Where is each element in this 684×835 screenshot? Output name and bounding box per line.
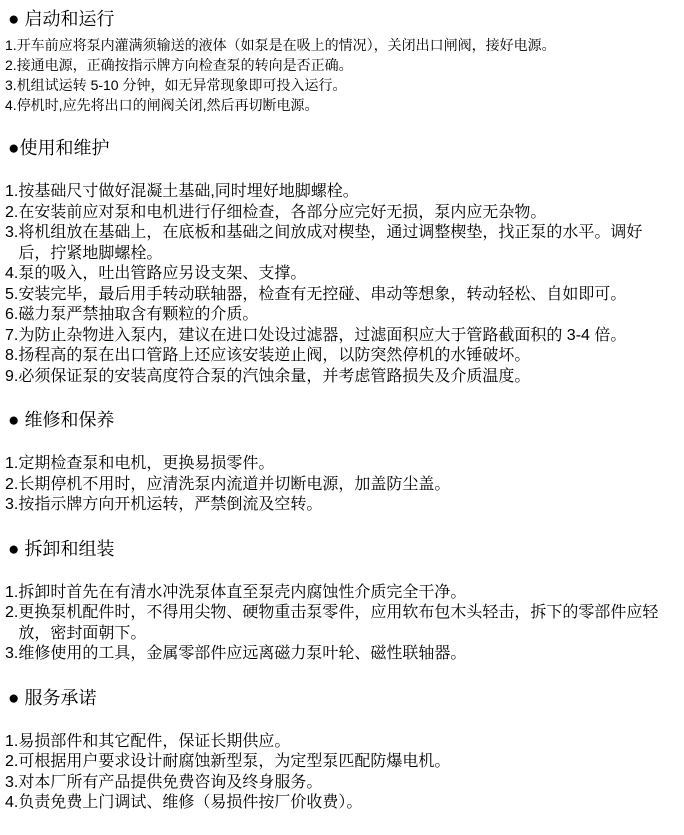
item-number: 1. — [5, 583, 18, 604]
list-item: 2. 更换泵机配件时，不得用尖物、硬物重击泵零件，应用软布包木头轻击，拆下的零部… — [5, 603, 660, 644]
section-bullet-icon: ● — [8, 688, 19, 709]
section-title: 启动和运行 — [19, 9, 114, 29]
item-text: 拆卸时首先在有清水冲洗泵体直至泵壳内腐蚀性介质完全干净。 — [18, 583, 660, 604]
section-heading: ● 启动和运行 — [8, 8, 660, 31]
item-text: 易损部件和其它配件，保证长期供应。 — [18, 732, 660, 753]
item-number: 2. — [5, 55, 17, 75]
item-list: 1. 拆卸时首先在有清水冲洗泵体直至泵壳内腐蚀性介质完全干净。 2. 更换泵机配… — [5, 583, 660, 665]
item-text: 负责免费上门调试、维修（易损件按厂价收费）。 — [18, 793, 660, 814]
section-bullet-icon: ● — [8, 138, 19, 159]
section: ●使用和维护 1. 按基础尺寸做好混凝土基础,同时埋好地脚螺栓。 2. 在安装前… — [5, 137, 660, 387]
item-text: 更换泵机配件时，不得用尖物、硬物重击泵零件，应用软布包木头轻击，拆下的零部件应轻… — [18, 603, 660, 644]
item-text: 安装完毕，最后用手转动联轴器，检查有无控碰、串动等想象，转动轻松、自如即可。 — [18, 285, 660, 306]
list-item: 7. 为防止杂物进入泵内，建议在进口处设过滤器，过滤面积应大于管路截面积的 3-… — [5, 326, 660, 347]
list-item: 2. 在安装前应对泵和电机进行仔细检查，各部分应完好无损，泵内应无杂物。 — [5, 203, 660, 224]
item-text: 将机组放在基础上，在底板和基础之间放成对楔垫，通过调整楔垫，找正泵的水平。调好后… — [18, 223, 660, 264]
section-bullet-icon: ● — [8, 410, 19, 431]
item-number: 2. — [5, 752, 18, 773]
list-item: 2. 长期停机不用时，应清洗泵内流道并切断电源，加盖防尘盖。 — [5, 475, 660, 496]
list-item: 2. 接通电源，正确按指示牌方向检查泵的转向是否正确。 — [5, 55, 660, 75]
item-text: 按基础尺寸做好混凝土基础,同时埋好地脚螺栓。 — [18, 182, 660, 203]
section-title: 维修和保养 — [19, 410, 114, 430]
item-text: 为防止杂物进入泵内，建议在进口处设过滤器，过滤面积应大于管路截面积的 3-4 倍… — [18, 326, 660, 347]
section-title: 服务承诺 — [19, 688, 96, 708]
item-number: 5. — [5, 285, 18, 306]
section-heading: ● 服务承诺 — [8, 687, 660, 710]
list-item: 3. 将机组放在基础上，在底板和基础之间放成对楔垫，通过调整楔垫，找正泵的水平。… — [5, 223, 660, 264]
list-item: 8. 扬程高的泵在出口管路上还应该安装逆止阀，以防突然停机的水锤破坏。 — [5, 346, 660, 367]
item-text: 维修使用的工具，金属零部件应远离磁力泵叶轮、磁性联轴器。 — [18, 644, 660, 665]
item-number: 2. — [5, 603, 18, 644]
section-heading: ● 维修和保养 — [8, 409, 660, 432]
item-number: 3. — [5, 644, 18, 665]
list-item: 3. 对本厂所有产品提供免费咨询及终身服务。 — [5, 773, 660, 794]
list-item: 3. 维修使用的工具，金属零部件应远离磁力泵叶轮、磁性联轴器。 — [5, 644, 660, 665]
list-item: 2. 可根据用户要求设计耐腐蚀新型泵，为定型泵匹配防爆电机。 — [5, 752, 660, 773]
item-text: 定期检查泵和电机，更换易损零件。 — [18, 454, 660, 475]
item-text: 在安装前应对泵和电机进行仔细检查，各部分应完好无损，泵内应无杂物。 — [18, 203, 660, 224]
item-number: 8. — [5, 346, 18, 367]
item-text: 接通电源，正确按指示牌方向检查泵的转向是否正确。 — [17, 55, 660, 75]
item-text: 泵的吸入，吐出管路应另设支架、支撑。 — [18, 264, 660, 285]
item-number: 1. — [5, 35, 17, 55]
item-number: 2. — [5, 475, 18, 496]
item-number: 1. — [5, 732, 18, 753]
item-list: 1. 易损部件和其它配件，保证长期供应。 2. 可根据用户要求设计耐腐蚀新型泵，… — [5, 732, 660, 814]
item-number: 4. — [5, 95, 17, 115]
list-item: 1. 按基础尺寸做好混凝土基础,同时埋好地脚螺栓。 — [5, 182, 660, 203]
list-item: 9. 必须保证泵的安装高度符合泵的汽蚀余量，并考虑管路损失及介质温度。 — [5, 367, 660, 388]
item-text: 对本厂所有产品提供免费咨询及终身服务。 — [18, 773, 660, 794]
item-number: 3. — [5, 75, 17, 95]
item-list: 1. 定期检查泵和电机，更换易损零件。 2. 长期停机不用时，应清洗泵内流道并切… — [5, 454, 660, 516]
section: ● 服务承诺 1. 易损部件和其它配件，保证长期供应。 2. 可根据用户要求设计… — [5, 687, 660, 814]
section-title: 使用和维护 — [19, 138, 109, 158]
item-number: 9. — [5, 367, 18, 388]
list-item: 4. 泵的吸入，吐出管路应另设支架、支撑。 — [5, 264, 660, 285]
list-item: 1. 开车前应将泵内灌满须输送的液体（如泵是在吸上的情况），关闭出口闸阀，接好电… — [5, 35, 660, 55]
item-text: 扬程高的泵在出口管路上还应该安装逆止阀，以防突然停机的水锤破坏。 — [18, 346, 660, 367]
list-item: 6. 磁力泵严禁抽取含有颗粒的介质。 — [5, 305, 660, 326]
item-text: 可根据用户要求设计耐腐蚀新型泵，为定型泵匹配防爆电机。 — [18, 752, 660, 773]
item-text: 长期停机不用时，应清洗泵内流道并切断电源，加盖防尘盖。 — [18, 475, 660, 496]
item-number: 1. — [5, 182, 18, 203]
list-item: 1. 易损部件和其它配件，保证长期供应。 — [5, 732, 660, 753]
list-item: 4. 负责免费上门调试、维修（易损件按厂价收费）。 — [5, 793, 660, 814]
item-number: 3. — [5, 495, 18, 516]
section-heading: ● 拆卸和组装 — [8, 538, 660, 561]
item-number: 3. — [5, 223, 18, 264]
list-item: 3. 按指示牌方向开机运转，严禁倒流及空转。 — [5, 495, 660, 516]
item-text: 机组试运转 5-10 分钟，如无异常现象即可投入运行。 — [17, 75, 660, 95]
item-number: 2. — [5, 203, 18, 224]
item-list: 1. 按基础尺寸做好混凝土基础,同时埋好地脚螺栓。 2. 在安装前应对泵和电机进… — [5, 182, 660, 387]
item-number: 3. — [5, 773, 18, 794]
item-number: 7. — [5, 326, 18, 347]
item-text: 停机时,应先将出口的闸阀关闭,然后再切断电源。 — [17, 95, 660, 115]
item-text: 磁力泵严禁抽取含有颗粒的介质。 — [18, 305, 660, 326]
item-number: 6. — [5, 305, 18, 326]
section: ● 启动和运行 1. 开车前应将泵内灌满须输送的液体（如泵是在吸上的情况），关闭… — [5, 8, 660, 115]
section: ● 维修和保养 1. 定期检查泵和电机，更换易损零件。 2. 长期停机不用时，应… — [5, 409, 660, 516]
section-bullet-icon: ● — [8, 539, 19, 560]
section-title: 拆卸和组装 — [19, 539, 114, 559]
list-item: 3. 机组试运转 5-10 分钟，如无异常现象即可投入运行。 — [5, 75, 660, 95]
item-number: 4. — [5, 264, 18, 285]
list-item: 5. 安装完毕，最后用手转动联轴器，检查有无控碰、串动等想象，转动轻松、自如即可… — [5, 285, 660, 306]
item-number: 1. — [5, 454, 18, 475]
item-text: 按指示牌方向开机运转，严禁倒流及空转。 — [18, 495, 660, 516]
list-item: 1. 定期检查泵和电机，更换易损零件。 — [5, 454, 660, 475]
item-number: 4. — [5, 793, 18, 814]
document-page: ● 启动和运行 1. 开车前应将泵内灌满须输送的液体（如泵是在吸上的情况），关闭… — [0, 0, 684, 835]
item-text: 开车前应将泵内灌满须输送的液体（如泵是在吸上的情况），关闭出口闸阀，接好电源。 — [17, 35, 660, 55]
section-heading: ●使用和维护 — [8, 137, 660, 160]
list-item: 1. 拆卸时首先在有清水冲洗泵体直至泵壳内腐蚀性介质完全干净。 — [5, 583, 660, 604]
section-bullet-icon: ● — [8, 9, 19, 30]
item-list: 1. 开车前应将泵内灌满须输送的液体（如泵是在吸上的情况），关闭出口闸阀，接好电… — [5, 35, 660, 115]
item-text: 必须保证泵的安装高度符合泵的汽蚀余量，并考虑管路损失及介质温度。 — [18, 367, 660, 388]
section: ● 拆卸和组装 1. 拆卸时首先在有清水冲洗泵体直至泵壳内腐蚀性介质完全干净。 … — [5, 538, 660, 665]
list-item: 4. 停机时,应先将出口的闸阀关闭,然后再切断电源。 — [5, 95, 660, 115]
